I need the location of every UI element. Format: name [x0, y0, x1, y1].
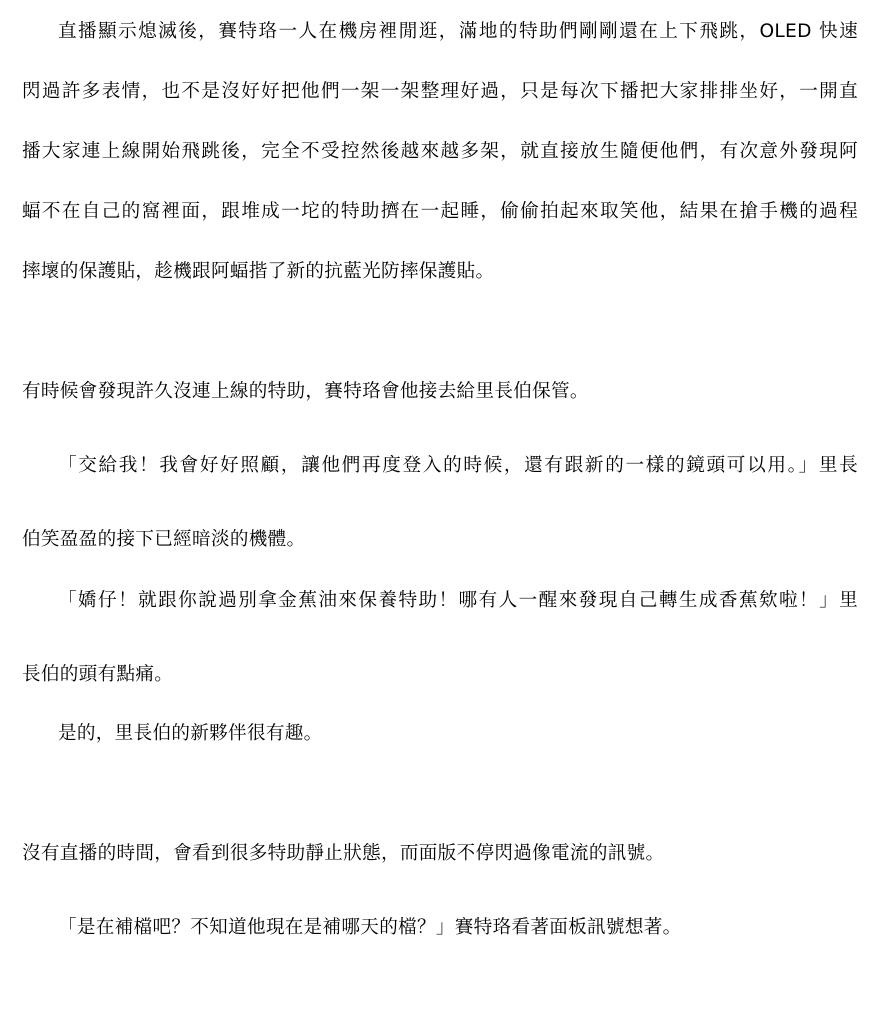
- paragraph-3: 「交給我！我會好好照顧，讓他們再度登入的時候，還有跟新的一樣的鏡頭可以用。」里長…: [22, 436, 858, 570]
- paragraph-5: 是的，里長伯的新夥伴很有趣。: [22, 704, 858, 764]
- paragraph-line: 長伯的頭有點痛。: [22, 645, 858, 705]
- paragraph-line: 蝠不在自己的窩裡面，跟堆成一坨的特助擠在一起睡，偷偷拍起來取笑他，結果在搶手機的…: [22, 182, 858, 242]
- paragraph-line: 摔壞的保護貼，趁機跟阿蝠揩了新的抗藍光防摔保護貼。: [22, 242, 858, 302]
- paragraph-6: 沒有直播的時間，會看到很多特助靜止狀態，而面版不停閃過像電流的訊號。: [22, 824, 858, 884]
- paragraph-7: 「是在補檔吧？不知道他現在是補哪天的檔？」賽特珞看著面板訊號想著。: [22, 898, 858, 958]
- paragraph-line: 「是在補檔吧？不知道他現在是補哪天的檔？」賽特珞看著面板訊號想著。: [22, 898, 858, 958]
- paragraph-line: 直播顯示熄滅後，賽特珞一人在機房裡閒逛，滿地的特助們剛剛還在上下飛跳，OLED …: [22, 2, 858, 62]
- paragraph-line: 是的，里長伯的新夥伴很有趣。: [22, 704, 858, 764]
- paragraph-line: 播大家連上線開始飛跳後，完全不受控然後越來越多架，就直接放生隨便他們，有次意外發…: [22, 122, 858, 182]
- paragraph-line: 「交給我！我會好好照顧，讓他們再度登入的時候，還有跟新的一樣的鏡頭可以用。」里長: [22, 436, 858, 496]
- paragraph-line: 沒有直播的時間，會看到很多特助靜止狀態，而面版不停閃過像電流的訊號。: [22, 824, 858, 884]
- paragraph-2: 有時候會發現許久沒連上線的特助，賽特珞會他接去給里長伯保管。: [22, 362, 858, 422]
- paragraph-1: 直播顯示熄滅後，賽特珞一人在機房裡閒逛，滿地的特助們剛剛還在上下飛跳，OLED …: [22, 2, 858, 302]
- paragraph-4: 「嬌仔！就跟你說過別拿金蕉油來保養特助！哪有人一醒來發現自己轉生成香蕉欸啦！」里…: [22, 571, 858, 705]
- paragraph-line: 「嬌仔！就跟你說過別拿金蕉油來保養特助！哪有人一醒來發現自己轉生成香蕉欸啦！」里: [22, 571, 858, 631]
- paragraph-line: 閃過許多表情，也不是沒好好把他們一架一架整理好過，只是每次下播把大家排排坐好，一…: [22, 62, 858, 122]
- paragraph-line: 有時候會發現許久沒連上線的特助，賽特珞會他接去給里長伯保管。: [22, 362, 858, 422]
- paragraph-line: 伯笑盈盈的接下已經暗淡的機體。: [22, 510, 858, 570]
